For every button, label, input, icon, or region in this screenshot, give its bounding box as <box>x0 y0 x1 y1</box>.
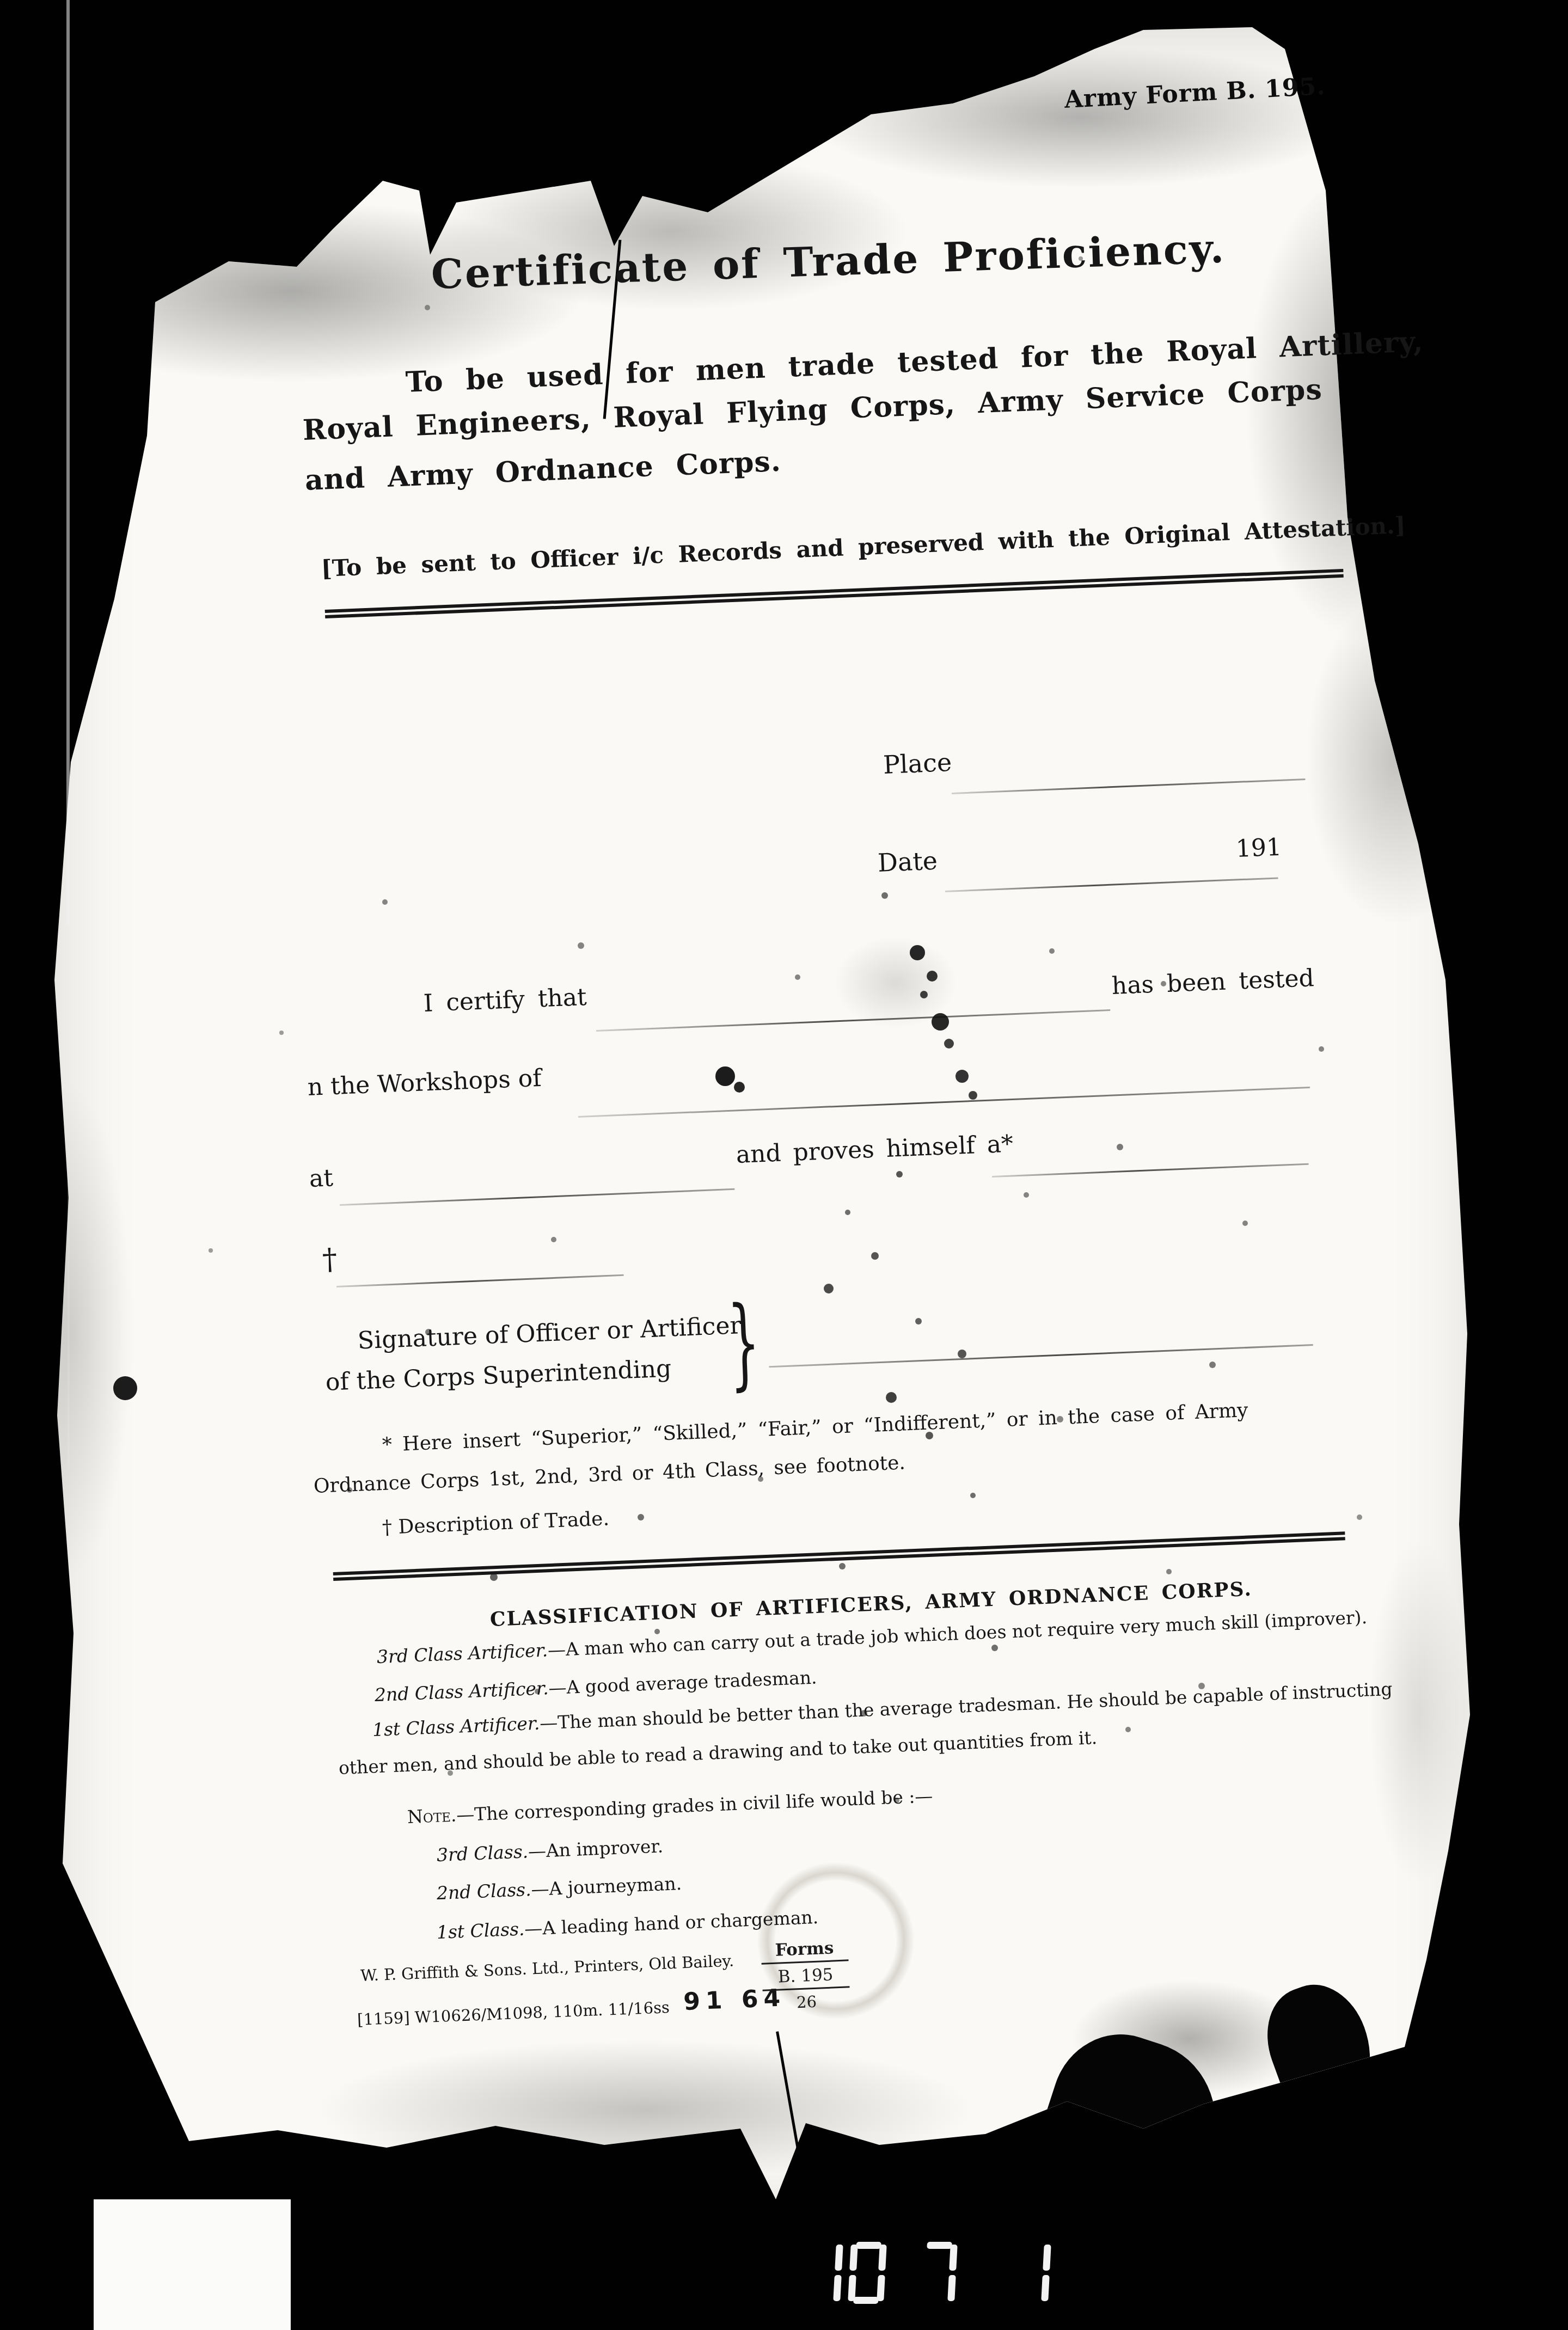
dagger-mark: † <box>322 1242 338 1277</box>
signature-label-line-2: of the Corps Superintending <box>325 1354 672 1396</box>
tear-blob-bottom-center <box>1022 2017 1238 2240</box>
place-label: Place <box>883 747 952 780</box>
date-label: Date <box>877 846 938 878</box>
forms-reference-box: Forms B. 195 26 <box>758 1937 853 2013</box>
forms-box-bottom: 26 <box>760 1991 853 2013</box>
note-term-3rd: 3rd Class. <box>436 1841 529 1866</box>
note-heading-term: Note. <box>407 1804 457 1828</box>
forms-box-middle: B. 195 <box>759 1964 852 1988</box>
note-term-1st: 1st Class. <box>436 1918 525 1943</box>
scanner-edge-line-faded <box>68 925 70 1470</box>
scanned-document: Army Form B. 195. Certificate of Trade P… <box>0 0 1568 2330</box>
counter-digit <box>804 2242 843 2304</box>
counter-digit <box>848 2242 887 2304</box>
forms-box-top: Forms <box>758 1937 851 1961</box>
tear-blob-bottom-right <box>1252 1971 1388 2127</box>
white-label-card <box>94 2199 291 2330</box>
page-counter <box>806 2242 1089 2309</box>
scanner-edge-line <box>66 0 70 925</box>
signature-brace: } <box>726 1292 762 1393</box>
at-label: at <box>309 1164 334 1193</box>
counter-digit <box>1012 2242 1051 2304</box>
year-prefix: 191 <box>1235 833 1282 863</box>
counter-digit <box>918 2242 958 2304</box>
signature-blank-line <box>769 1344 1313 1368</box>
note-term-2nd: 2nd Class. <box>436 1879 531 1904</box>
